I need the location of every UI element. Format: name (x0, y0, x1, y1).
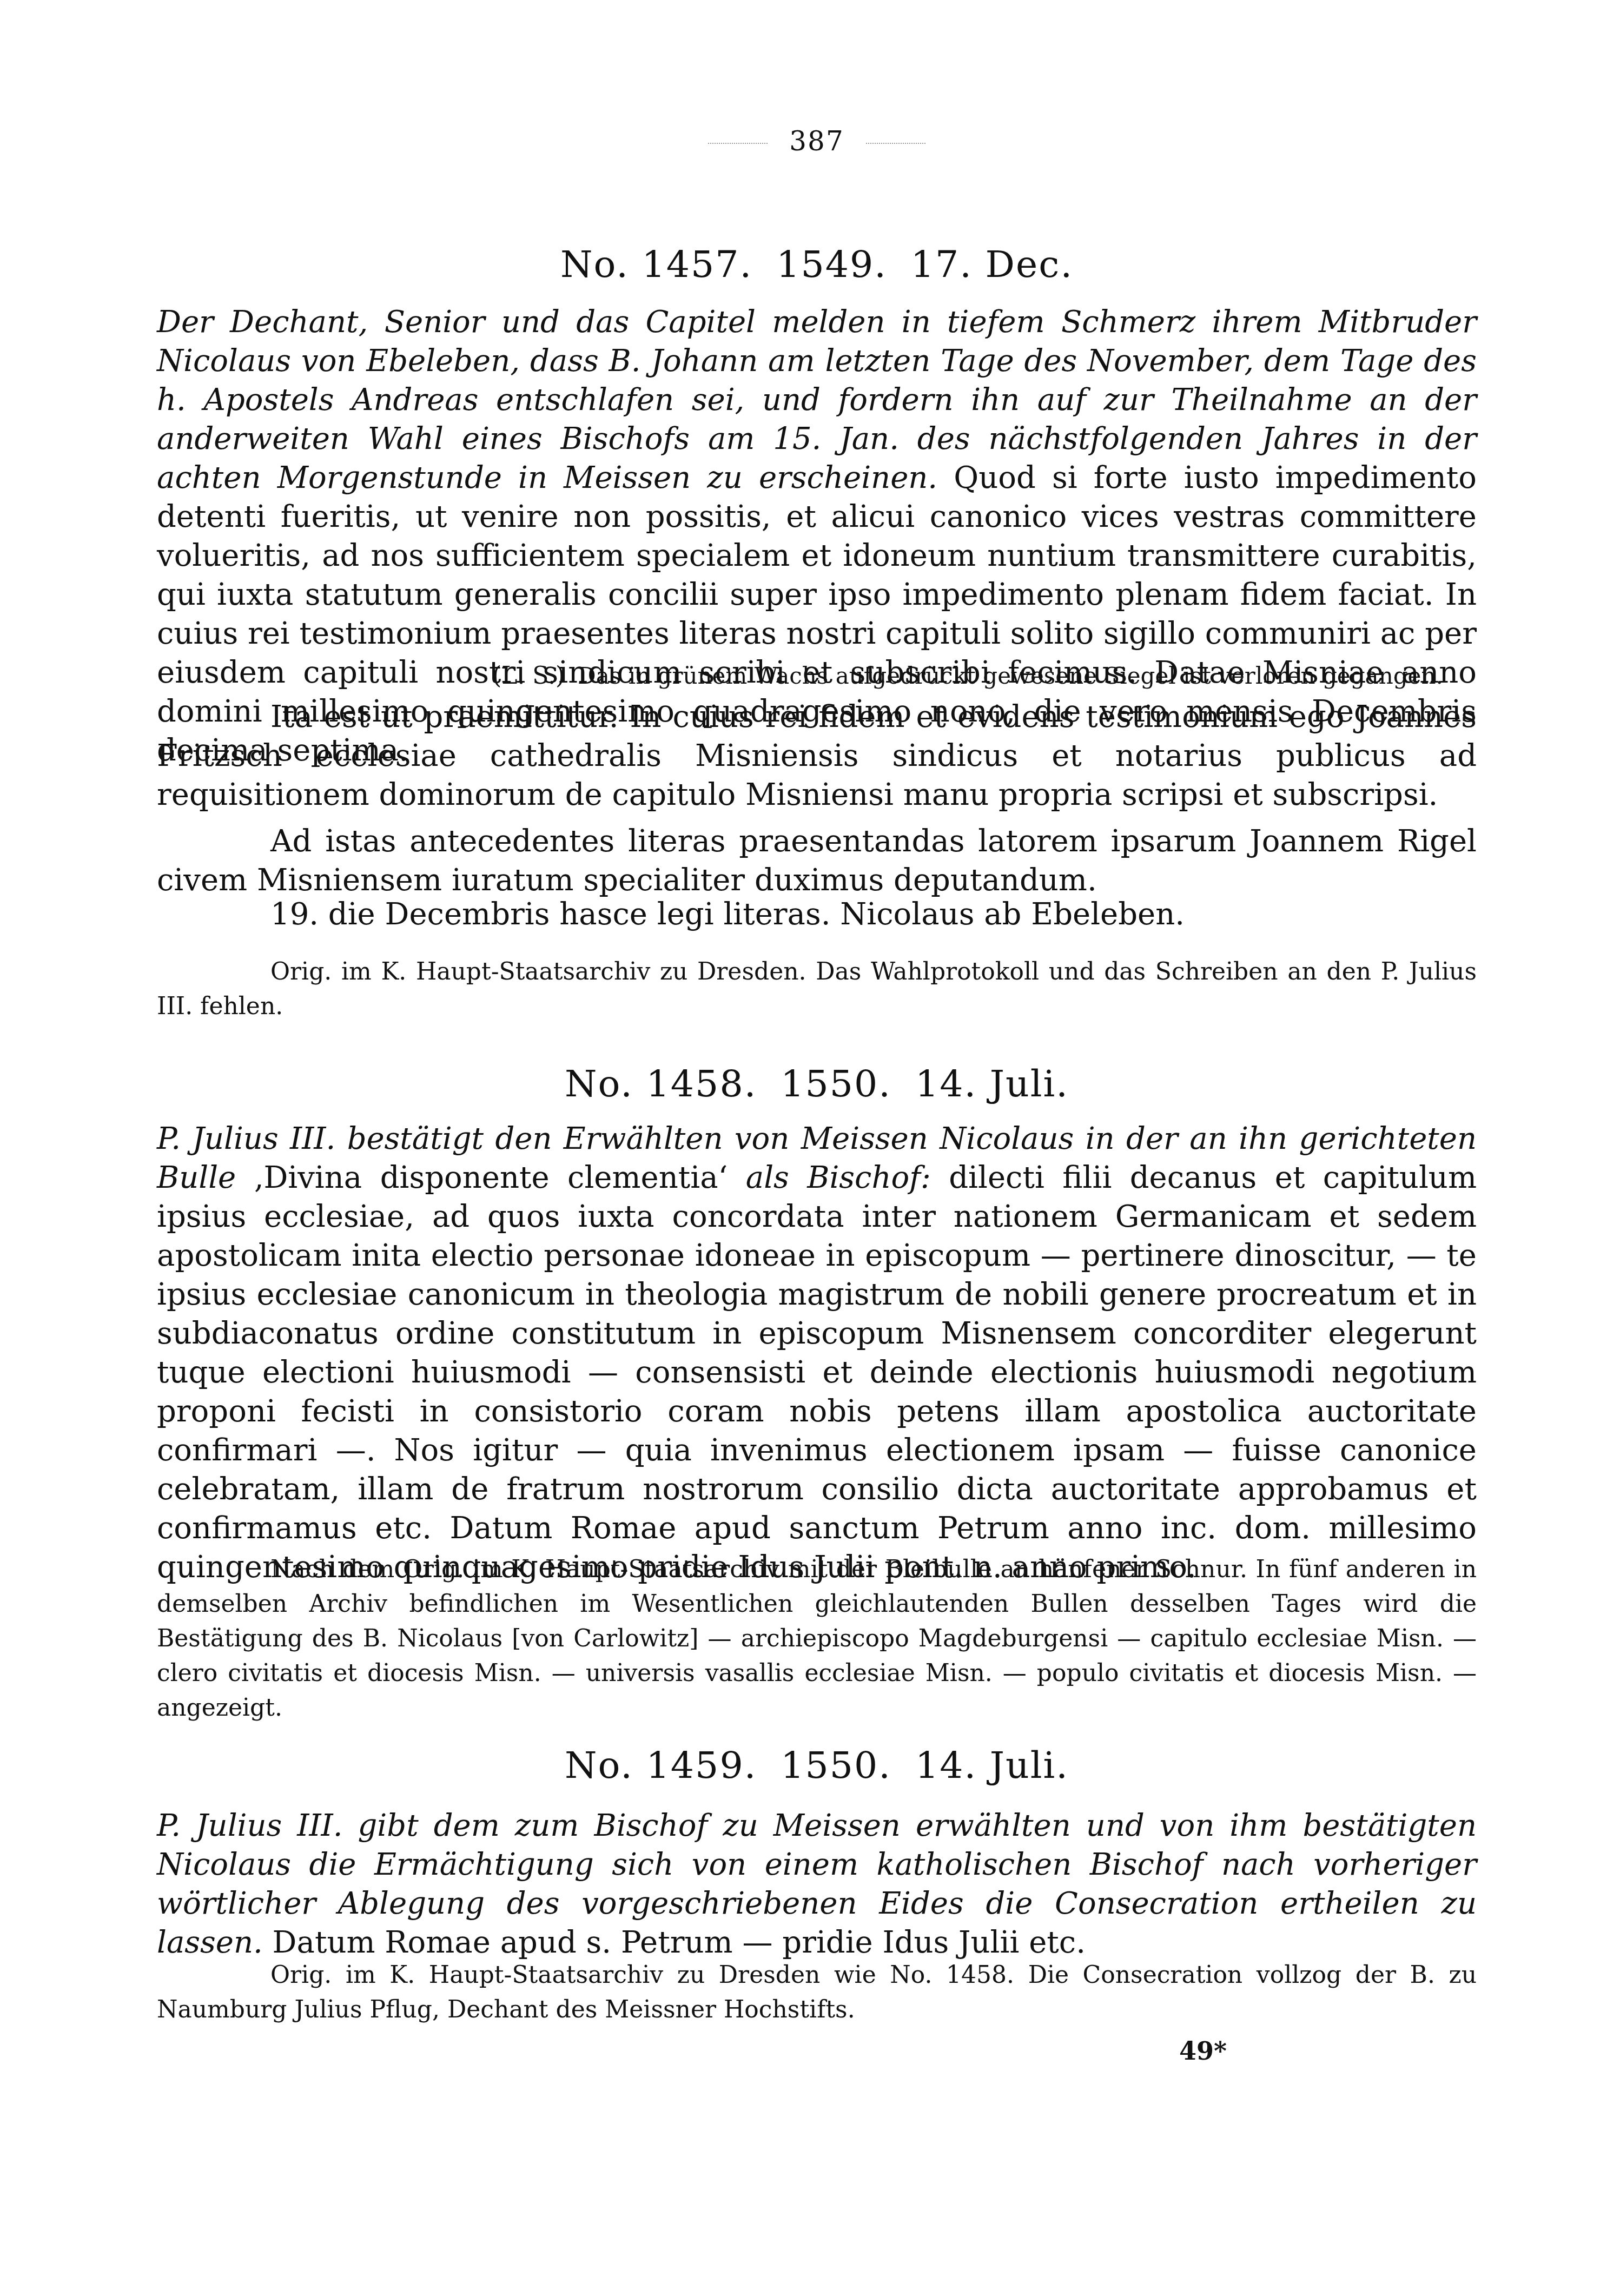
paragraph-receipt: 19. die Decembris hasce legi literas. Ni… (157, 895, 1477, 934)
archival-note-1457: Orig. im K. Haupt-Staatsarchiv zu Dresde… (157, 955, 1477, 1024)
document-number: No. 1459. (565, 1744, 757, 1787)
document-heading-1459: No. 1459.1550.14. Juli. (157, 1744, 1477, 1787)
document-heading-1457: No. 1457.1549.17. Dec. (157, 243, 1477, 286)
document-date: 17. Dec. (911, 243, 1073, 286)
paragraph-notary: Ita est ut praemittitur. In cuius rei fi… (157, 698, 1477, 815)
archival-note-1459: Orig. im K. Haupt-Staatsarchiv zu Dresde… (157, 1958, 1477, 2027)
document-year: 1550. (781, 1744, 891, 1787)
seal-text: Das in grünem Wachs aufgedrückt gewesene… (578, 663, 1443, 689)
regest-summary-part2: als Bischof: (746, 1160, 931, 1195)
signature-mark: 49* (1179, 2036, 1227, 2066)
document-year: 1549. (776, 243, 887, 286)
document-date: 14. Juli. (915, 1744, 1069, 1787)
page-number-text: 387 (789, 125, 844, 157)
document-heading-1458: No. 1458.1550.14. Juli. (157, 1063, 1477, 1106)
document-text: Datum Romae apud s. Petrum — pridie Idus… (273, 1925, 1086, 1960)
bull-incipit: ‚Divina disponente clementia‘ (254, 1160, 728, 1195)
document-1459-body: P. Julius III. gibt dem zum Bischof zu M… (157, 1807, 1477, 1962)
document-number: No. 1457. (560, 243, 752, 286)
document-year: 1550. (781, 1063, 891, 1106)
decorative-rule-left (708, 143, 768, 144)
seal-note: (L. S.)Das in grünem Wachs aufgedrückt g… (157, 661, 1477, 691)
document-date: 14. Juli. (915, 1063, 1069, 1106)
document-text: dilecti filii decanus et capitulum ipsiu… (157, 1160, 1477, 1585)
document-1458-body: P. Julius III. bestätigt den Erwählten v… (157, 1120, 1477, 1587)
seal-label: (L. S.) (492, 662, 565, 690)
decorative-rule-right (866, 143, 925, 144)
page-number: 387 (157, 125, 1477, 157)
paragraph-bearer: Ad istas antecedentes literas praesentan… (157, 822, 1477, 900)
document-number: No. 1458. (565, 1063, 757, 1106)
archival-note-1458: Nach dem Orig. im K. Haupt-Staatsarchiv … (157, 1552, 1477, 1725)
